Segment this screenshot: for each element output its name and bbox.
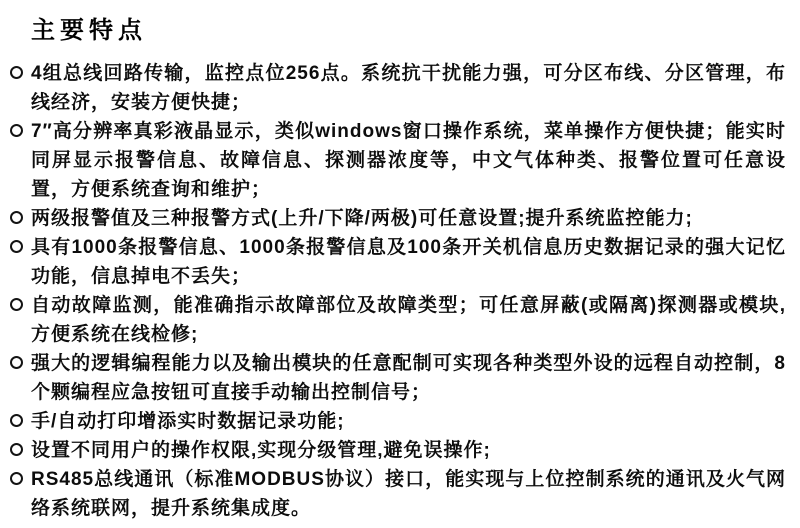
feature-item: RS485总线通讯（标准MODBUS协议）接口，能实现与上位控制系统的通讯及火气…	[10, 465, 786, 523]
feature-item: 具有1000条报警信息、1000条报警信息及100条开关机信息历史数据记录的强大…	[10, 233, 786, 291]
feature-text: 强大的逻辑编程能力以及输出模块的任意配制可实现各种类型外设的远程自动控制，8个颗…	[31, 353, 786, 403]
feature-item: 4组总线回路传输，监控点位256点。系统抗干扰能力强，可分区布线、分区管理，布线…	[10, 59, 786, 117]
circle-bullet-icon	[10, 66, 23, 79]
circle-bullet-icon	[10, 298, 23, 311]
feature-text: RS485总线通讯（标准MODBUS协议）接口，能实现与上位控制系统的通讯及火气…	[31, 469, 786, 519]
features-document: 主要特点 4组总线回路传输，监控点位256点。系统抗干扰能力强，可分区布线、分区…	[0, 0, 800, 528]
feature-item: 强大的逻辑编程能力以及输出模块的任意配制可实现各种类型外设的远程自动控制，8个颗…	[10, 349, 786, 407]
feature-item: 7″高分辨率真彩液晶显示，类似windows窗口操作系统，菜单操作方便快捷；能实…	[10, 117, 786, 204]
feature-text: 手/自动打印增添实时数据记录功能;	[31, 411, 345, 432]
circle-bullet-icon	[10, 211, 23, 224]
feature-item: 两级报警值及三种报警方式(上升/下降/两极)可任意设置;提升系统监控能力;	[10, 204, 786, 233]
feature-text: 4组总线回路传输，监控点位256点。系统抗干扰能力强，可分区布线、分区管理，布线…	[31, 63, 786, 113]
feature-text: 自动故障监测，能准确指示故障部位及故障类型；可任意屏蔽(或隔离)探测器或模块,方…	[31, 295, 786, 345]
circle-bullet-icon	[10, 414, 23, 427]
feature-text: 设置不同用户的操作权限,实现分级管理,避免误操作;	[31, 440, 491, 461]
feature-list: 4组总线回路传输，监控点位256点。系统抗干扰能力强，可分区布线、分区管理，布线…	[10, 59, 786, 523]
feature-item: 设置不同用户的操作权限,实现分级管理,避免误操作;	[10, 436, 786, 465]
feature-text: 具有1000条报警信息、1000条报警信息及100条开关机信息历史数据记录的强大…	[31, 237, 786, 287]
feature-item: 手/自动打印增添实时数据记录功能;	[10, 407, 786, 436]
feature-text: 7″高分辨率真彩液晶显示，类似windows窗口操作系统，菜单操作方便快捷；能实…	[31, 121, 786, 200]
circle-bullet-icon	[10, 443, 23, 456]
feature-text: 两级报警值及三种报警方式(上升/下降/两极)可任意设置;提升系统监控能力;	[31, 208, 693, 229]
circle-bullet-icon	[10, 240, 23, 253]
feature-item: 自动故障监测，能准确指示故障部位及故障类型；可任意屏蔽(或隔离)探测器或模块,方…	[10, 291, 786, 349]
circle-bullet-icon	[10, 356, 23, 369]
page-title: 主要特点	[31, 10, 786, 45]
circle-bullet-icon	[10, 124, 23, 137]
circle-bullet-icon	[10, 472, 23, 485]
